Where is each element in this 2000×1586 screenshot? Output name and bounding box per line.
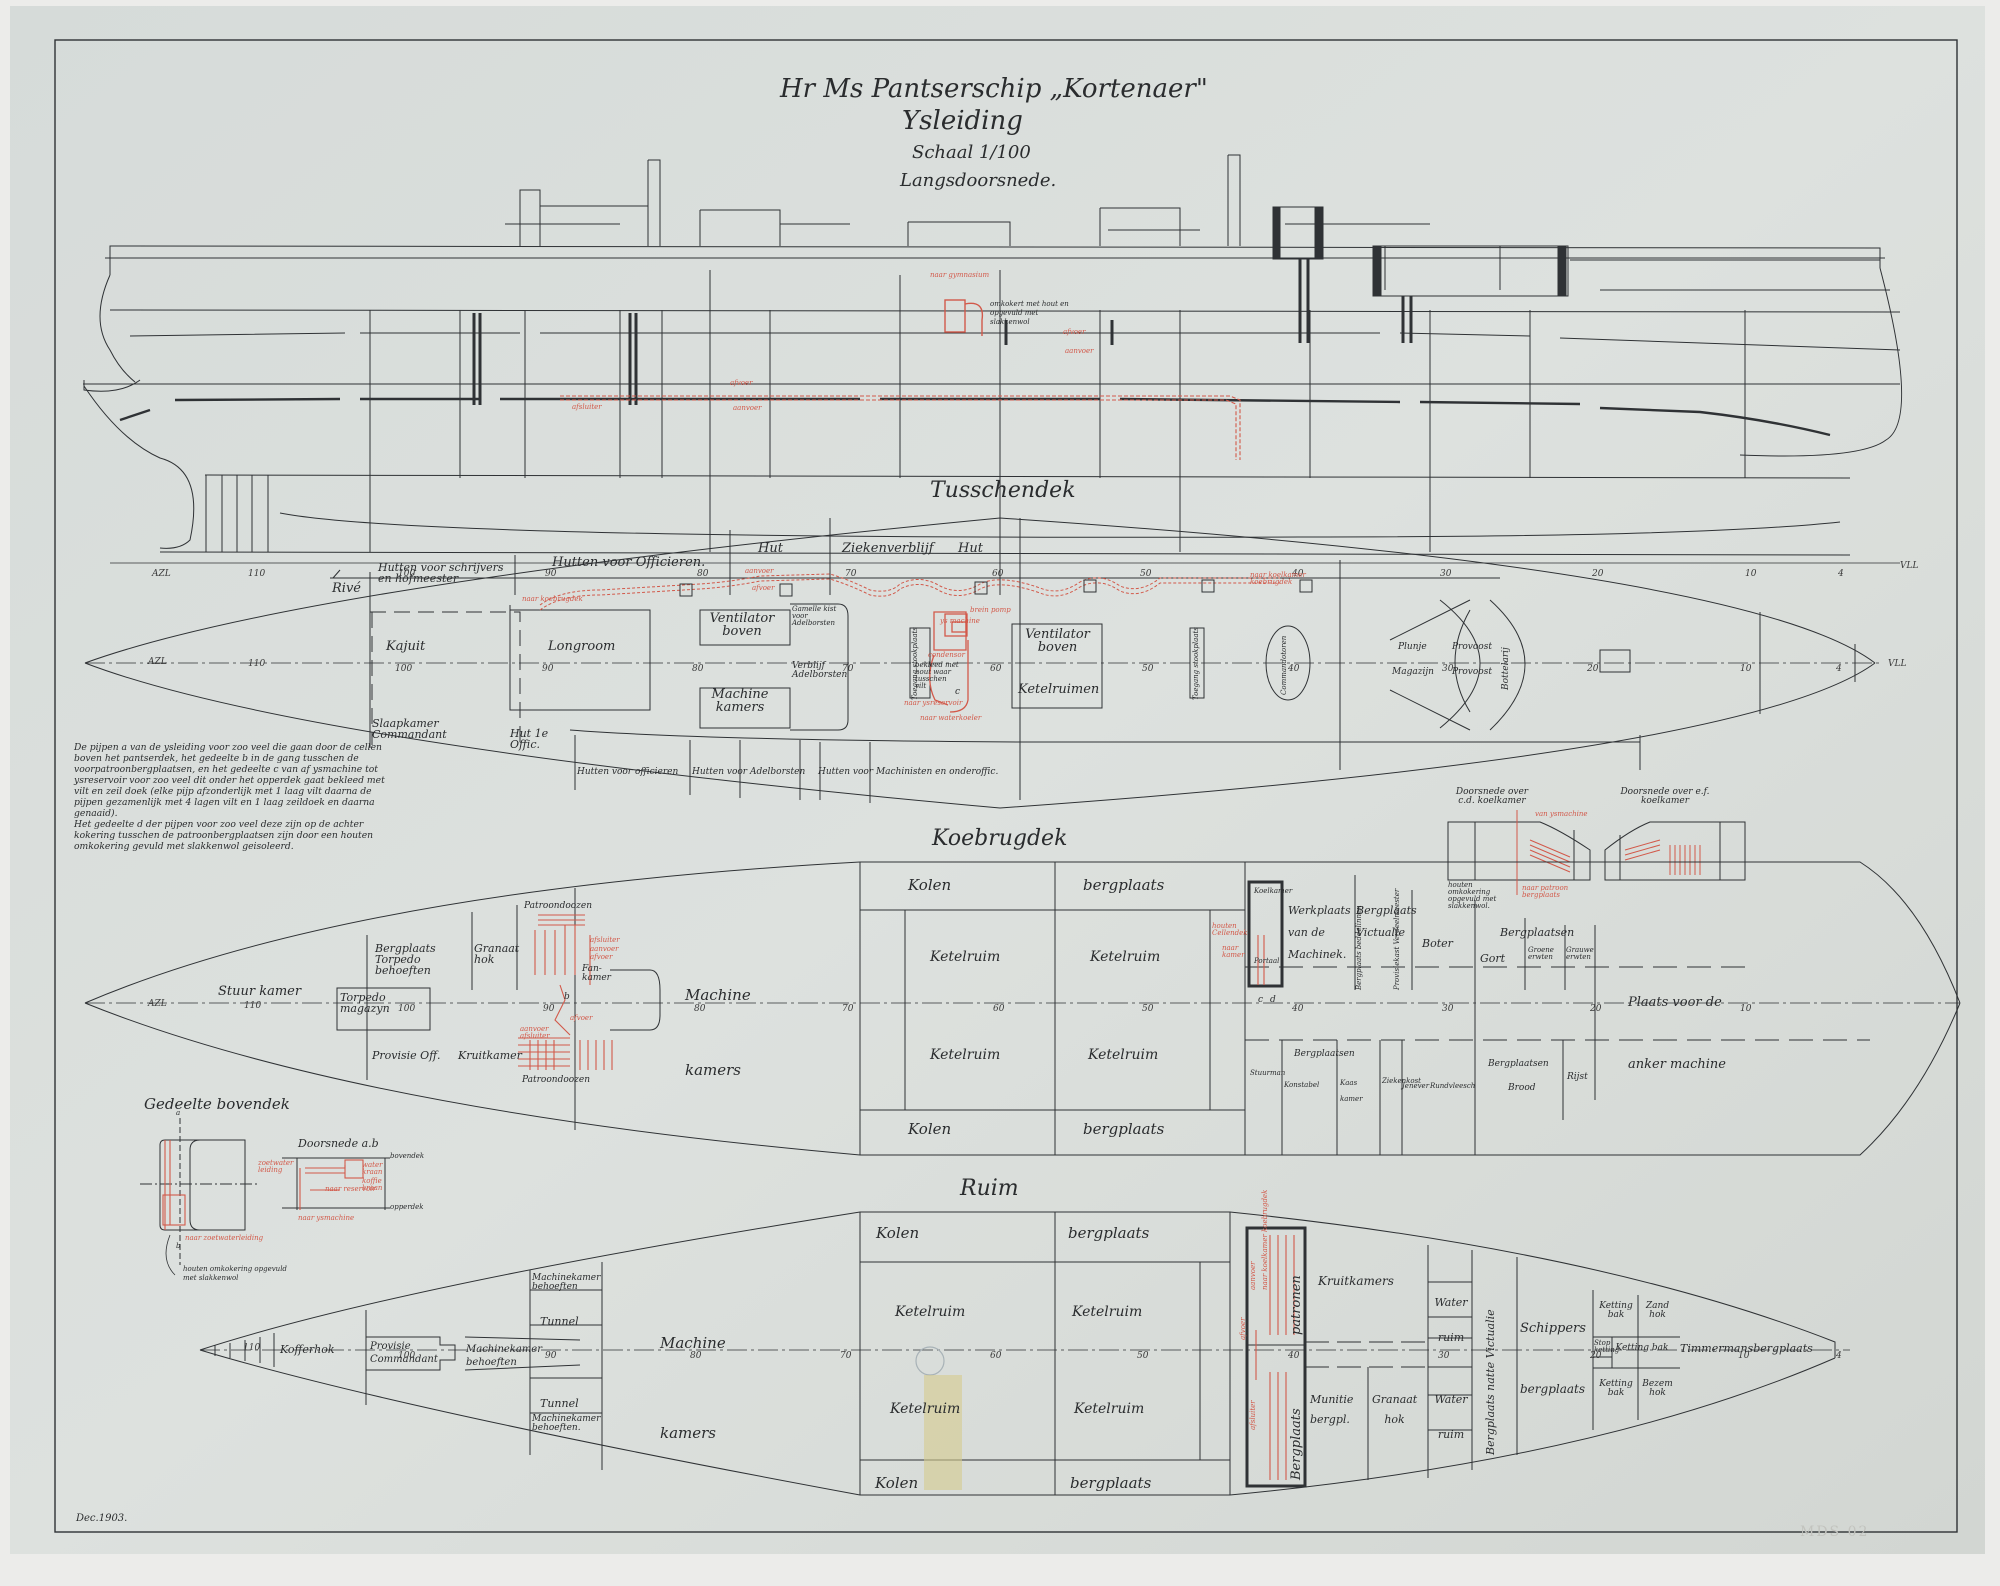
room-label: Grauwe erwten — [1566, 947, 1596, 961]
room-label: Ketelruim — [930, 1048, 1000, 1062]
room-label: Machine kamers — [705, 688, 775, 714]
room-label: Ketting bak — [1595, 1302, 1637, 1320]
frame-tick: 30 — [1442, 665, 1453, 674]
insulation-annotation: omkokert met hout en opgevuld met slakke… — [990, 300, 1075, 327]
room-label: Jenever — [1402, 1083, 1429, 1090]
room-label: Ziekenverblijf — [842, 542, 934, 555]
room-label: Machinekamer behoeften. — [532, 1415, 602, 1433]
room-label: Patroondoozen — [522, 1076, 590, 1085]
frame-tick: 70 — [840, 1352, 851, 1361]
pipe-label: naar koebrugdek — [522, 596, 583, 603]
pipe-letter: c — [1258, 996, 1263, 1005]
frame-tick: 60 — [990, 1352, 1001, 1361]
frame-tick: VLL — [1888, 660, 1906, 669]
frame-tick: 110 — [244, 1002, 261, 1011]
frame-tick: 50 — [1142, 665, 1153, 674]
pipe-label: naar ysreservoir — [904, 700, 962, 707]
pipe-annotation: aanvoer — [1065, 348, 1094, 355]
room-label: Ventilator boven — [1015, 628, 1100, 654]
frame-tick: 110 — [248, 660, 265, 669]
pipe-annotation: naar gymnasium — [930, 272, 989, 279]
pipe-label: bekleed met hout waar tusschen vilt — [915, 662, 960, 690]
section-marker: b — [176, 1243, 180, 1250]
room-label: Provisie Off. — [372, 1050, 441, 1061]
pipe-label: afvoer — [1240, 1318, 1247, 1340]
room-label: Kofferhok — [280, 1344, 334, 1355]
deck-label: opperdek — [390, 1204, 424, 1211]
frame-tick: 50 — [1140, 570, 1151, 579]
drawing-view: Langsdoorsnede. — [900, 172, 1056, 190]
room-label: Ventilator boven — [702, 612, 782, 638]
room-label: Provisiekast Verdeelmeester — [1394, 889, 1401, 990]
room-label: Bergplaatsen — [1294, 1050, 1355, 1059]
room-label: Ketelruim — [890, 1402, 960, 1416]
room-label: Ketelruim — [1088, 1048, 1158, 1062]
room-label: Tunnel — [540, 1398, 579, 1409]
frame-tick: 90 — [542, 665, 553, 674]
frame-tick: AZL — [152, 570, 171, 579]
drawing-subtitle: Ysleiding — [902, 108, 1023, 134]
frame-tick: VLL — [1900, 562, 1918, 571]
room-label: Kolen — [876, 1226, 919, 1241]
frame-tick: 20 — [1587, 665, 1598, 674]
pipe-annotation: aanvoer — [733, 405, 762, 412]
room-label: Koelkamer — [1254, 888, 1279, 895]
pipe-label: afvoer — [570, 1015, 592, 1022]
pipe-label: brein pomp — [970, 607, 1011, 614]
room-label: Provoost — [1452, 643, 1492, 652]
room-label: Hutten voor schrijvers en hofmeester — [378, 562, 513, 584]
frame-tick: AZL — [148, 1000, 167, 1009]
room-label: Water ruim — [1432, 1382, 1470, 1452]
room-label: Machinekamer behoeften — [466, 1343, 556, 1369]
room-label: Gamelle kist voor Adelborsten — [792, 606, 847, 627]
room-label: Tunnel — [540, 1316, 579, 1327]
room-label: Ketelruim — [1072, 1305, 1142, 1319]
archive-stamp: MDS 02 — [1800, 1525, 1869, 1539]
section-title-tusschendek: Tusschendek — [930, 480, 1076, 502]
room-label: Werkplaats van de Machinek. — [1288, 900, 1348, 966]
room-label: Kajuit — [386, 640, 425, 653]
room-label: Hutten voor Adelborsten — [692, 768, 805, 777]
pipe-label: houten Cellendek — [1212, 923, 1247, 937]
room-label: Portaal — [1254, 958, 1279, 965]
room-label: Gort — [1480, 953, 1505, 964]
frame-tick: 80 — [697, 570, 708, 579]
drawing-date: Dec.1903. — [76, 1514, 127, 1524]
room-label: Kolen — [908, 878, 951, 893]
frame-tick: 110 — [243, 1344, 260, 1353]
frame-tick: 80 — [694, 1005, 705, 1014]
room-label: Ketelruim — [1090, 950, 1160, 964]
note-paragraph: De pijpen a van de ysleiding voor zoo ve… — [74, 742, 394, 819]
pipe-label: afvoer — [590, 954, 612, 961]
room-label: Granaat hok — [474, 943, 519, 965]
room-label: Rundvleesch — [1430, 1083, 1475, 1090]
frame-tick: 20 — [1590, 1005, 1601, 1014]
room-label: bergplaats — [1068, 1226, 1149, 1241]
frame-tick: AZL — [148, 658, 167, 667]
room-label: Ketelruim — [1074, 1402, 1144, 1416]
room-label: bergplaats — [1083, 878, 1164, 893]
room-label: Bergplaatsen — [1500, 927, 1574, 938]
pipe-label: van ysmachine — [1535, 811, 1588, 818]
room-label: Hutten voor Machinisten en onderoffic. — [818, 768, 998, 777]
insulation-label: houten omkokering opgevuld met slakkenwo… — [183, 1265, 293, 1283]
room-label: Water ruim — [1432, 1285, 1470, 1355]
pipe-label: naar kamer — [1222, 945, 1247, 959]
room-label: Hutten voor officieren — [577, 768, 678, 777]
room-label: Rijst — [1567, 1073, 1588, 1082]
pipe-label: naar koelkamer koebrugdek — [1250, 572, 1330, 586]
room-label: Magazijn — [1392, 668, 1434, 677]
room-label: Commandotoren — [1281, 636, 1288, 695]
section-title-koebrugdek: Koebrugdek — [932, 828, 1067, 850]
frame-tick: 10 — [1740, 1005, 1751, 1014]
frame-tick: 50 — [1137, 1352, 1148, 1361]
pipe-letter: b — [564, 993, 570, 1002]
room-label: Groene erwten — [1528, 947, 1563, 961]
room-label: Ziekenkost — [1382, 1078, 1402, 1085]
room-label: Hut — [758, 542, 783, 555]
frame-tick: 80 — [692, 665, 703, 674]
room-label: Plaats voor de anker machine — [1628, 972, 1728, 1096]
room-label: Kaas kamer — [1340, 1075, 1375, 1107]
room-label: Kruitkamers — [1318, 1275, 1394, 1287]
insulation-label: houten omkokering opgevuld met slakkenwo… — [1448, 882, 1513, 910]
room-label: Kolen — [908, 1122, 951, 1137]
pipe-label: naar koelkamer koebrugdek — [1262, 1190, 1269, 1290]
frame-tick: 30 — [1438, 1352, 1449, 1361]
frame-tick: 90 — [545, 570, 556, 579]
note-paragraph: Het gedeelte d der pijpen voor zoo veel … — [74, 819, 394, 852]
room-label: bergplaats — [1083, 1122, 1164, 1137]
frame-tick: 40 — [1292, 1005, 1303, 1014]
ship-drawing-sheet: Hr Ms Pantserschip „Kortenaer" Ysleiding… — [0, 0, 2000, 1586]
frame-tick: 60 — [990, 665, 1001, 674]
frame-tick: 110 — [248, 570, 265, 579]
frame-tick: 30 — [1442, 1005, 1453, 1014]
frame-tick: 4 — [1836, 1352, 1842, 1361]
room-label: Toegang stookplaats — [1193, 627, 1200, 700]
room-label: Bergplaats beddelinnen — [1356, 905, 1363, 990]
room-label: Machinekamer behoeften — [532, 1274, 602, 1292]
room-label: Ketelruim — [895, 1305, 965, 1319]
room-label: Hut — [958, 542, 983, 555]
room-label: Konstabel — [1284, 1082, 1319, 1089]
room-label: Hutten voor Officieren. — [552, 556, 705, 569]
deck-label: bovendek — [390, 1153, 424, 1160]
pipe-label: naar waterkoeler — [920, 715, 981, 722]
room-label: Stuur kamer — [218, 985, 301, 998]
pipe-annotation: afvoer — [1063, 329, 1085, 336]
section-title-ruim: Ruim — [960, 1178, 1019, 1200]
pipe-label: aanvoer — [1250, 1261, 1257, 1290]
pipe-annotation: afsluiter — [572, 404, 602, 411]
frame-tick: 80 — [690, 1352, 701, 1361]
pipe-label: condensor — [928, 652, 965, 659]
frame-tick: 60 — [993, 1005, 1004, 1014]
room-label: Brood — [1508, 1084, 1536, 1093]
frame-tick: 100 — [395, 665, 412, 674]
room-label: Machine kamers — [660, 1298, 760, 1478]
room-label: Kolen — [875, 1476, 918, 1491]
detail-section-title: Doorsnede a.b — [298, 1138, 379, 1149]
room-label: Bergplaats — [1290, 1408, 1303, 1480]
pipe-label: zoetwater leiding — [258, 1160, 298, 1174]
tape-stain — [924, 1375, 962, 1490]
room-label: bergplaats — [1070, 1476, 1151, 1491]
room-label: Stuurman — [1250, 1058, 1280, 1088]
frame-tick: 100 — [398, 1352, 415, 1361]
room-label: Longroom — [548, 640, 615, 653]
pipe-label: water kraan — [362, 1162, 392, 1176]
koelkamer-section-title: Doorsnede over e.f. koelkamer — [1620, 788, 1710, 806]
room-label: Munitie bergpl. — [1310, 1390, 1355, 1430]
room-label: Rivé — [332, 582, 361, 595]
frame-tick: 90 — [543, 1005, 554, 1014]
room-label: Verblijf Adelborsten — [792, 662, 847, 680]
frame-tick: 50 — [1142, 1005, 1153, 1014]
frame-tick: 10 — [1738, 1352, 1749, 1361]
room-label: Kruitkamer — [458, 1050, 522, 1061]
room-label: Bergplaats Victualie — [1356, 900, 1411, 944]
frame-tick: 4 — [1838, 570, 1844, 579]
room-label: Bottelarij — [1502, 647, 1511, 690]
insulation-note: De pijpen a van de ysleiding voor zoo ve… — [74, 742, 394, 852]
frame-tick: 20 — [1592, 570, 1603, 579]
room-label: Provoost — [1452, 668, 1492, 677]
room-label: Ketelruim — [930, 950, 1000, 964]
frame-tick: 90 — [545, 1352, 556, 1361]
room-label: Ketting bak — [1595, 1380, 1637, 1398]
frame-tick: 20 — [1590, 1352, 1601, 1361]
room-label: Zand hok — [1640, 1302, 1675, 1320]
room-label: Bergplaatsen — [1488, 1060, 1549, 1069]
room-label: Patroondoozen — [524, 902, 592, 911]
frame-tick: 40 — [1288, 665, 1299, 674]
section-marker: a — [176, 1110, 180, 1117]
pipe-label: naar ysmachine — [298, 1215, 354, 1222]
room-label: Machine kamers — [685, 958, 795, 1108]
room-label: Hut 1e Offic. — [510, 728, 560, 750]
detail-title-gedeelte-bovendek: Gedeelte bovendek — [144, 1097, 290, 1112]
pipe-annotation: afvoer — [730, 380, 752, 387]
pipe-label: aanvoer afsluiter — [520, 1026, 560, 1040]
pipe-label: naar patroon bergplaats — [1522, 885, 1582, 899]
drawing-title: Hr Ms Pantserschip „Kortenaer" — [780, 76, 1208, 102]
frame-tick: 70 — [845, 570, 856, 579]
koelkamer-section-title: Doorsnede over c.d. koelkamer — [1452, 788, 1532, 806]
room-label: Fan-kamer — [582, 965, 612, 983]
pipe-label: afsluiter — [590, 937, 620, 944]
room-label: Plunje — [1398, 643, 1427, 652]
pipe-label: aanvoer — [745, 568, 774, 575]
room-label: Bezem hok — [1640, 1380, 1675, 1398]
room-label: Bergplaats natte Victualie — [1485, 1309, 1496, 1455]
pipe-label: afvoer — [752, 585, 774, 592]
pipe-letter: c — [955, 688, 960, 697]
room-label: Boter — [1422, 938, 1453, 949]
room-label: Ketting bak — [1612, 1344, 1672, 1353]
room-label: Ketelruimen — [1018, 683, 1099, 696]
frame-tick: 10 — [1745, 570, 1756, 579]
frame-tick: 40 — [1288, 1352, 1299, 1361]
frame-tick: 60 — [992, 570, 1003, 579]
pipe-label: koffie kraan — [362, 1178, 392, 1192]
room-label: patronen — [1290, 1275, 1303, 1335]
frame-tick: 30 — [1440, 570, 1451, 579]
frame-tick: 4 — [1836, 665, 1842, 674]
pipe-label: aanvoer — [590, 946, 619, 953]
room-label: Bergplaats Torpedo behoeften — [375, 943, 475, 976]
drawing-scale: Schaal 1/100 — [912, 144, 1031, 162]
room-label: bergplaats — [1520, 1383, 1585, 1395]
pipe-label: afsluiter — [1250, 1400, 1257, 1430]
room-label: Schippers — [1520, 1322, 1586, 1335]
pipe-label: naar zoetwaterleiding — [185, 1235, 263, 1242]
frame-tick: 70 — [842, 665, 853, 674]
pipe-letter: d — [1270, 996, 1276, 1005]
frame-tick: 10 — [1740, 665, 1751, 674]
frame-tick: 70 — [842, 1005, 853, 1014]
room-label: Granaat hok — [1372, 1390, 1417, 1430]
pipe-label: ys machine — [940, 618, 980, 625]
room-label: Slaapkamer Commandant — [372, 718, 492, 740]
frame-tick: 100 — [398, 1005, 415, 1014]
